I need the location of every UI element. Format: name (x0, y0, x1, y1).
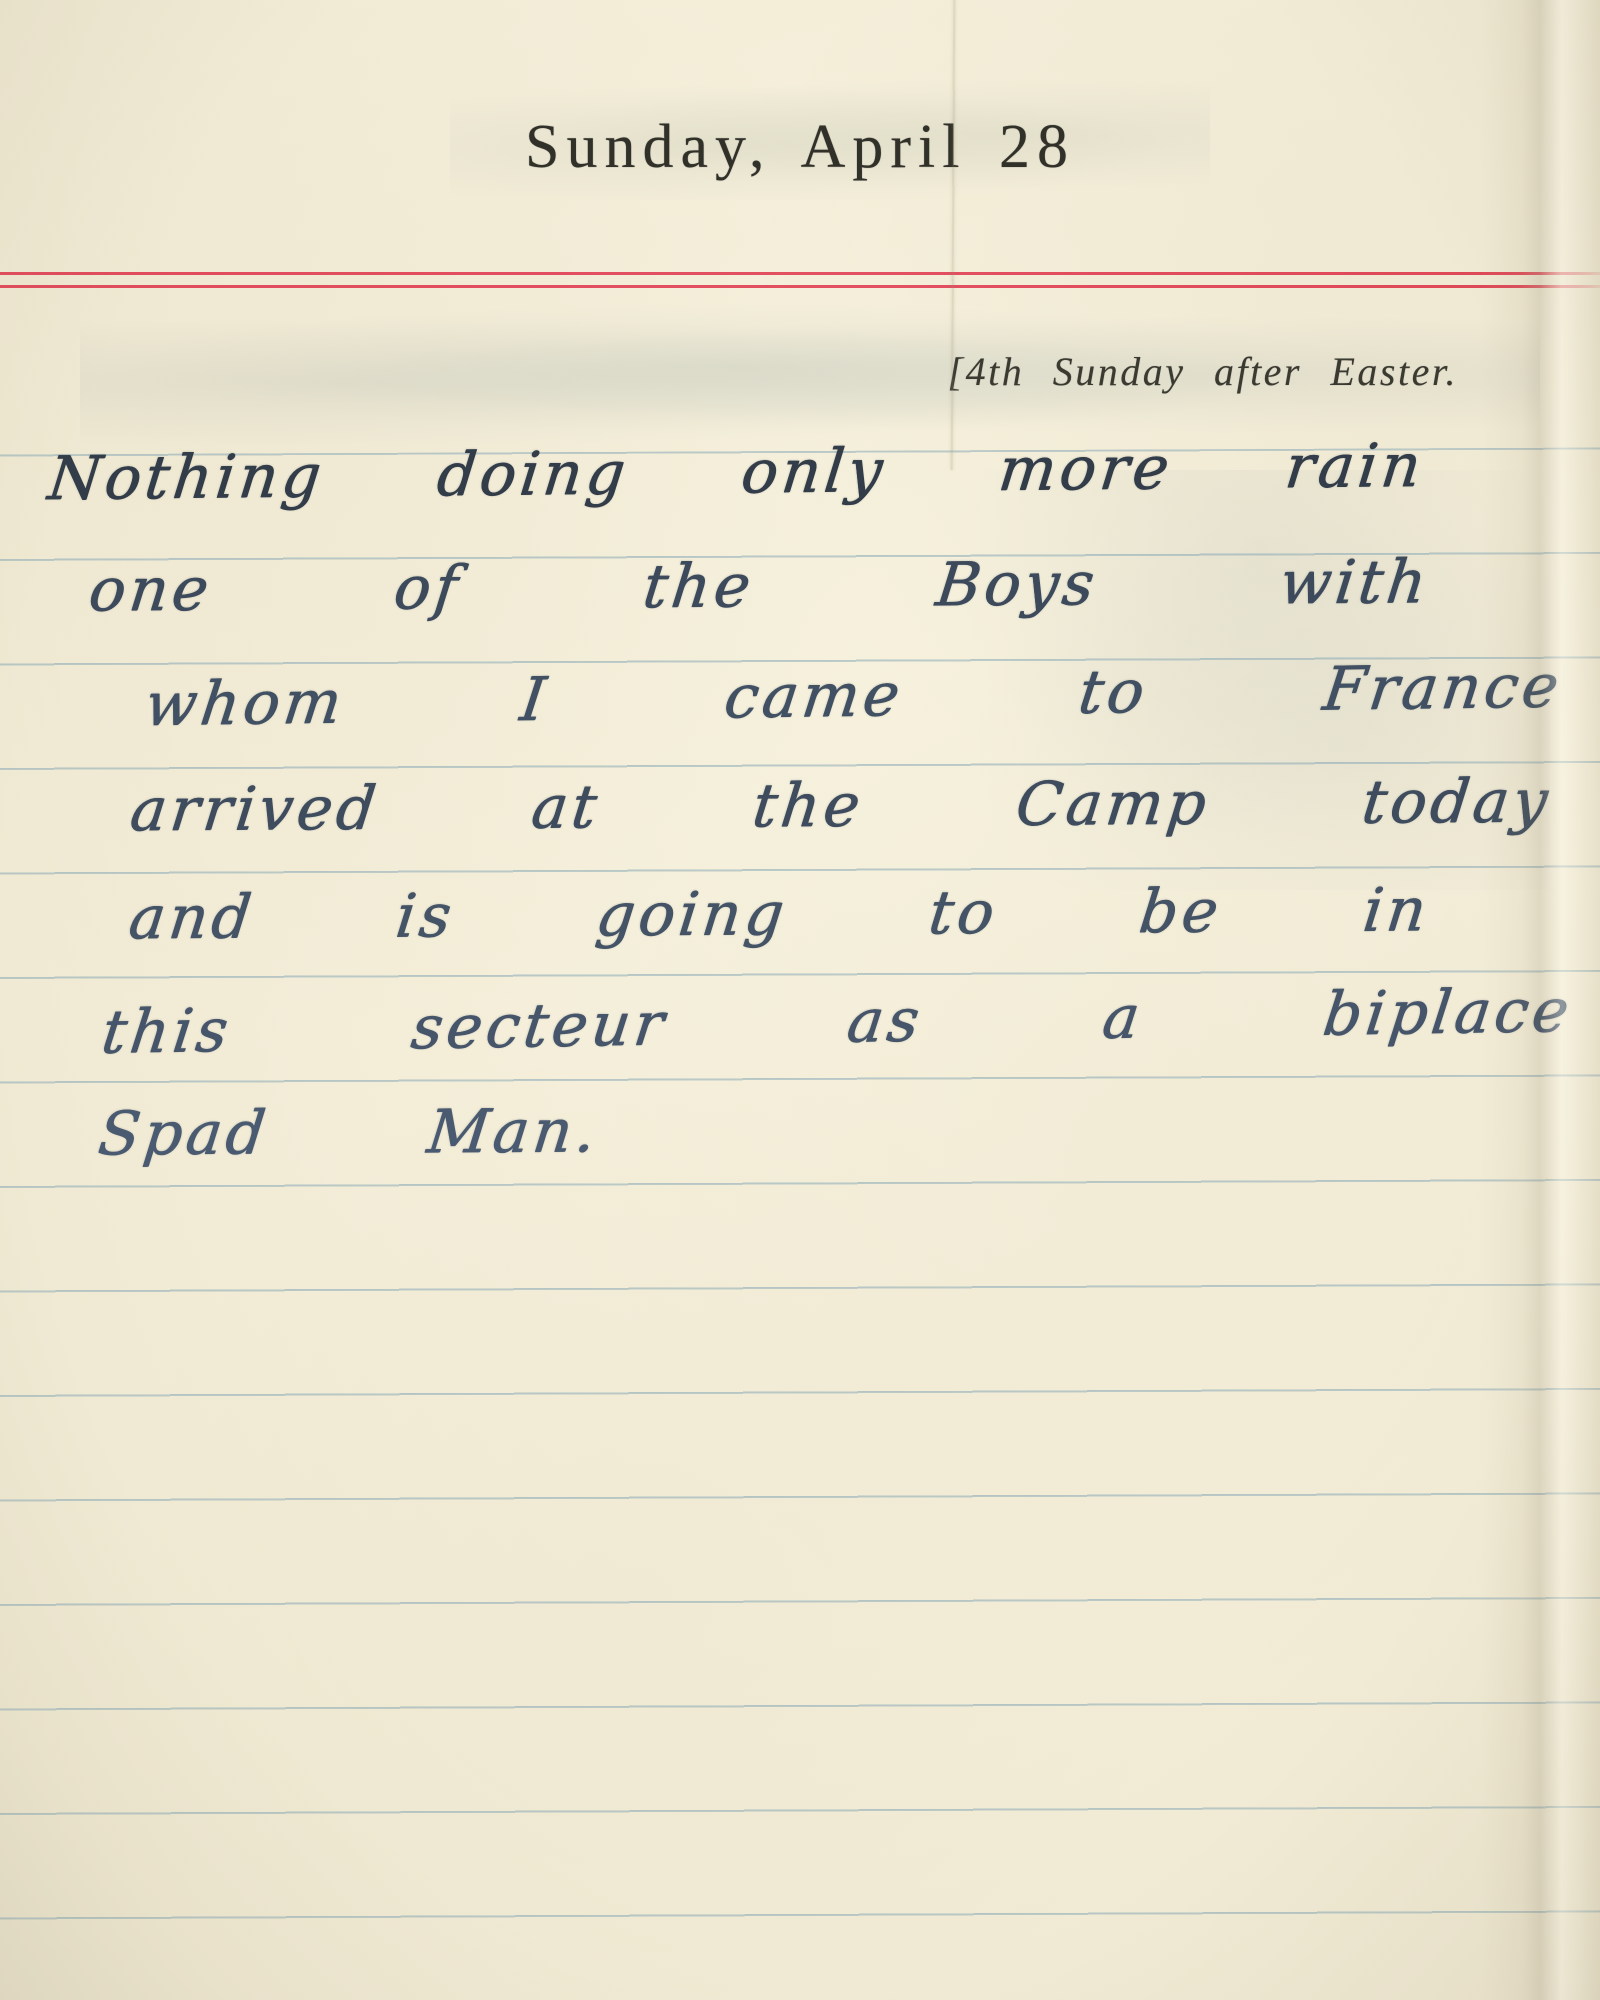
handwriting-line: whom I came to France (142, 656, 1566, 735)
handwriting-line: this secteur as a biplace (99, 981, 1576, 1063)
page-curl-shadow (1480, 0, 1600, 2000)
handwriting-line: and is going to be in (126, 880, 1433, 948)
handwriting-line: one of the Boys with (86, 552, 1433, 620)
handwritten-entry: Nothing doing only more rain one of the … (0, 0, 1600, 2000)
handwriting-line: Spad Man. (95, 1101, 602, 1164)
handwriting-line: Nothing doing only more rain (45, 436, 1427, 509)
handwriting-line: arrived at the Camp today (127, 771, 1554, 840)
diary-page: Sunday, April 28 [4th Sunday after Easte… (0, 0, 1600, 2000)
